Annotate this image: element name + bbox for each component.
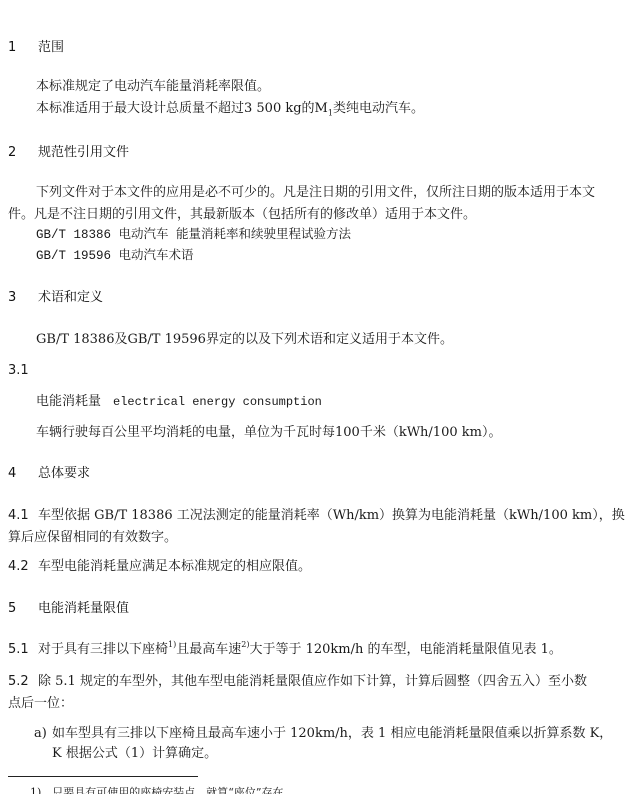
text: 类纯电动汽车。	[333, 101, 424, 116]
section-number: 2	[8, 144, 38, 161]
section-title: 术语和定义	[38, 290, 103, 305]
clause-number: 4.1	[8, 507, 38, 524]
list-item-a: a)如车型具有三排以下座椅且最高车速小于 120km/h，表 1 相应电能消耗量…	[34, 725, 612, 742]
clause-4-1: 4.1车型依据 GB/T 18386 工况法测定的能量消耗率（Wh/km）换算为…	[8, 507, 625, 524]
clause-4-2: 4.2车型电能消耗量应满足本标准规定的相应限值。	[8, 558, 311, 575]
reference-item: GB/T 19596 电动汽车术语	[36, 248, 194, 265]
list-label: a)	[34, 725, 52, 742]
clause-4-1-continued: 算后应保留相同的有效数字。	[8, 529, 177, 546]
section-title: 总体要求	[38, 466, 90, 481]
reference-item: GB/T 18386 电动汽车 能量消耗率和续驶里程试验方法	[36, 227, 351, 244]
term-chinese: 电能消耗量	[36, 394, 101, 409]
paragraph: 本标准规定了电动汽车能量消耗率限值。	[36, 78, 270, 95]
text: 本标准适用于最大设计总质量不超过3 500 kg的M	[36, 101, 328, 116]
clause-5-1: 5.1对于具有三排以下座椅1)且最高车速2)大于等于 120km/h 的车型，电…	[8, 641, 562, 658]
footnote-divider	[8, 776, 198, 777]
footnote-1: 1) 只要具有可使用的座椅安装点，就算“座位”存在。	[30, 784, 295, 794]
clause-number: 5.2	[8, 673, 38, 690]
section-3-heading: 3术语和定义	[8, 289, 103, 306]
clause-text: 对于具有三排以下座椅	[38, 642, 168, 657]
section-number: 3	[8, 289, 38, 306]
subsection-number: 3.1	[8, 362, 29, 379]
section-5-heading: 5电能消耗量限值	[8, 600, 129, 617]
section-number: 5	[8, 600, 38, 617]
section-number: 1	[8, 39, 38, 56]
section-title: 范围	[38, 40, 64, 55]
clause-text: 车型电能消耗量应满足本标准规定的相应限值。	[38, 559, 311, 574]
page-header-cropped	[230, 0, 420, 2]
clause-5-2-continued: 点后一位：	[8, 695, 73, 712]
footnote-ref-1[interactable]: 1)	[168, 640, 176, 649]
term-english: electrical energy consumption	[113, 395, 322, 409]
section-title: 规范性引用文件	[38, 145, 129, 160]
term-entry: 电能消耗量electrical energy consumption	[36, 393, 322, 411]
clause-text: 车型依据 GB/T 18386 工况法测定的能量消耗率（Wh/km）换算为电能消…	[38, 508, 625, 523]
section-1-heading: 1范围	[8, 39, 64, 56]
clause-5-2: 5.2除 5.1 规定的车型外，其他车型电能消耗量限值应作如下计算，计算后圆整（…	[8, 673, 587, 690]
clause-number: 4.2	[8, 558, 38, 575]
section-number: 4	[8, 465, 38, 482]
list-text: 如车型具有三排以下座椅且最高车速小于 120km/h，表 1 相应电能消耗量限值…	[52, 726, 612, 741]
section-2-heading: 2规范性引用文件	[8, 144, 129, 161]
footnote-ref-2[interactable]: 2)	[241, 640, 249, 649]
list-item-a-continued: K 根据公式（1）计算确定。	[52, 745, 217, 762]
section-title: 电能消耗量限值	[38, 601, 129, 616]
section-4-heading: 4总体要求	[8, 465, 90, 482]
paragraph-line: 下列文件对于本文件的应用是必不可少的。凡是注日期的引用文件，仅所注日期的版本适用…	[36, 184, 595, 201]
term-definition: 车辆行驶每百公里平均消耗的电量，单位为千瓦时每100千米（kWh/100 km）…	[36, 424, 501, 441]
clause-text: 除 5.1 规定的车型外，其他车型电能消耗量限值应作如下计算，计算后圆整（四舍五…	[38, 674, 587, 689]
paragraph: GB/T 18386及GB/T 19596界定的以及下列术语和定义适用于本文件。	[36, 331, 453, 348]
clause-text: 大于等于 120km/h 的车型，电能消耗量限值见表 1。	[249, 642, 561, 657]
clause-text: 且最高车速	[176, 642, 241, 657]
paragraph: 本标准适用于最大设计总质量不超过3 500 kg的M1类纯电动汽车。	[36, 100, 424, 117]
paragraph-line: 件。凡是不注日期的引用文件，其最新版本（包括所有的修改单）适用于本文件。	[8, 206, 476, 223]
clause-number: 5.1	[8, 641, 38, 658]
